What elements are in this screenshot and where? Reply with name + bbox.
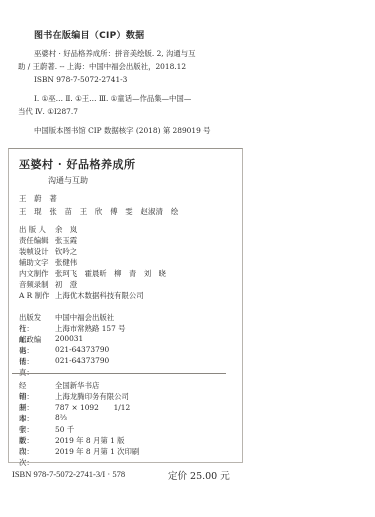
- staff-value: 张珂飞 霍晨昕 柳 青 刘 晓: [55, 268, 166, 279]
- staff-row: A R 制作 上海优木数据科技有限公司: [19, 290, 144, 301]
- cip-line: ISBN 978-7-5072-2741-3: [34, 73, 127, 86]
- staff-row: 音频录制 初 澄: [19, 279, 77, 290]
- staff-label: A R 制作: [19, 290, 55, 301]
- cip-line: 助 / 王蔚著. -- 上海：中国中福会出版社，2018.12: [18, 60, 186, 73]
- book-subtitle: 沟通与互助: [48, 175, 88, 186]
- cip-line: 巫婆村 · 好品格养成所：拼音美绘版. 2, 沟通与互: [34, 47, 196, 60]
- staff-value: 张玉霞: [55, 235, 77, 246]
- staff-value: 余 岚: [55, 224, 77, 235]
- printing-label: 印 次：: [19, 446, 55, 468]
- staff-row: 责任编辑 张玉霞: [19, 235, 77, 246]
- cip-record-number: 中国版本图书馆 CIP 数据核字 (2018) 第 289019 号: [34, 124, 211, 137]
- staff-label: 内文制作: [19, 268, 55, 279]
- isbn-footer: ISBN 978-7-5072-2741-3/I · 578: [12, 469, 125, 479]
- staff-value: 钦吟之: [55, 246, 77, 257]
- cip-line: Ⅰ. ①巫… Ⅱ. ①王… Ⅲ. ①童话—作品集—中国—: [34, 92, 191, 105]
- staff-label: 出 版 人: [19, 224, 55, 235]
- price-label: 定价 25.00 元: [168, 468, 230, 482]
- staff-label: 装帧设计: [19, 246, 55, 257]
- cip-heading: 图书在版编目（CIP）数据: [34, 28, 144, 41]
- staff-value: 张健伟: [55, 257, 77, 268]
- staff-row: 辅助文字 张健伟: [19, 257, 77, 268]
- author-credit: 王 蔚 著: [19, 193, 57, 204]
- staff-row: 出 版 人 余 岚: [19, 224, 77, 235]
- publisher-value: 021-64373790: [55, 356, 109, 378]
- printing-row: 印 次： 2019 年 8 月第 1 次印刷: [19, 446, 139, 468]
- staff-label: 责任编辑: [19, 235, 55, 246]
- cip-line: 当代 Ⅳ. ①I287.7: [18, 105, 78, 118]
- staff-row: 内文制作 张珂飞 霍晨昕 柳 青 刘 晓: [19, 268, 166, 279]
- staff-value: 上海优木数据科技有限公司: [55, 290, 144, 301]
- publisher-row: 传 真： 021-64373790: [19, 356, 109, 378]
- book-title: 巫婆村 · 好品格养成所: [19, 156, 136, 172]
- staff-value: 初 澄: [55, 279, 77, 290]
- section-divider: [12, 373, 226, 374]
- staff-row: 装帧设计 钦吟之: [19, 246, 77, 257]
- staff-label: 音频录制: [19, 279, 55, 290]
- staff-label: 辅助文字: [19, 257, 55, 268]
- publisher-label: 传 真：: [19, 356, 55, 378]
- printing-value: 2019 年 8 月第 1 次印刷: [55, 446, 139, 468]
- illustrator-credit: 王 琨 张 苗 王 欣 傅 雯 赵淑清 绘: [19, 206, 178, 217]
